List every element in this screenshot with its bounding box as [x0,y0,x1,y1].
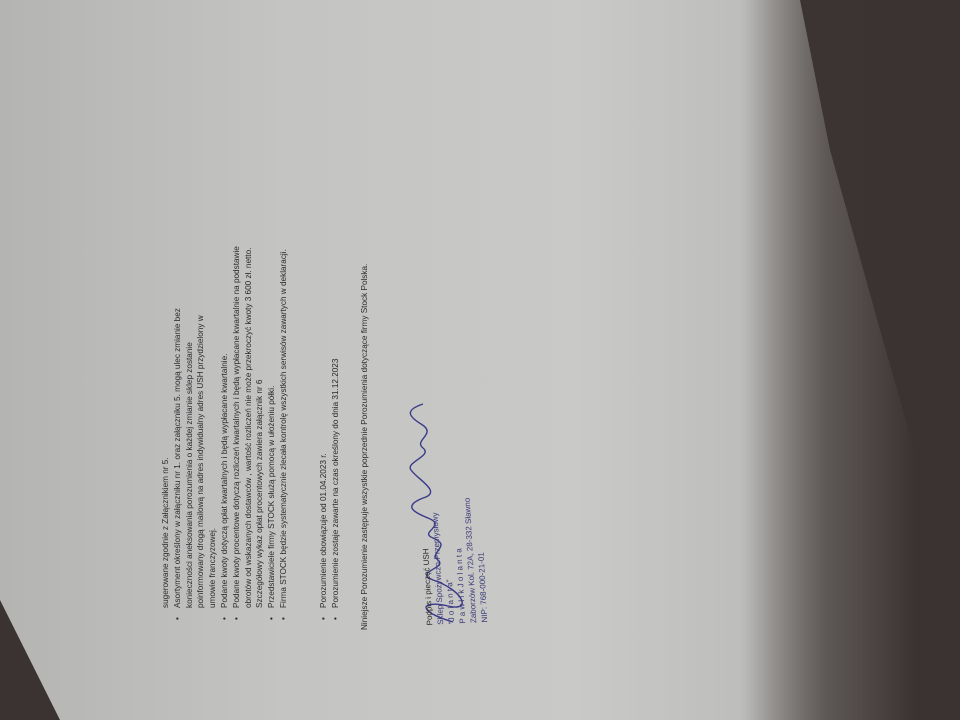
list-item: •Przedstawiciele firmy STOCK służą pomoc… [266,30,278,608]
list-item: •Firma STOCK będzie systematycznie zleca… [278,30,290,608]
list-item: •Asortyment określony w załączniku nr 1.… [172,30,219,608]
list-item: •Porozumienie zostaje zawarte na czas ok… [330,30,342,608]
list-item-text: Porozumienie zostaje zawarte na czas okr… [330,30,342,608]
bullet-icon: • [219,617,231,620]
bullet-icon: • [172,617,184,620]
bullet-icon: • [318,617,330,620]
list-item-text: Szczegółowy wykaz opłat procentowych zaw… [254,30,266,608]
bullet-list-dates: •Porozumienie obowiązuje od 01.04.2023 r… [318,30,342,630]
bullet-list-terms: •Asortyment określony w załączniku nr 1.… [172,30,290,630]
intro-line: sugerowane zgodnie z Załącznikiem nr 5. [160,30,172,630]
bullet-icon: • [231,617,243,620]
list-item: •Porozumienie obowiązuje od 01.04.2023 r… [318,30,330,608]
final-statement: Niniejsze Porozumienie zastępuje wszystk… [359,30,371,630]
list-item-text: poinformowany drogą mailową na adres ind… [195,30,207,608]
bullet-icon: • [278,617,290,620]
list-item-text: Przedstawiciele firmy STOCK służą pomocą… [266,30,278,608]
document-page: sugerowane zgodnie z Załącznikiem nr 5. … [160,30,500,630]
bullet-icon: • [266,617,278,620]
list-item-text: umowie franczyzowej. [207,30,219,608]
list-item-text: obrotów od wskazanych dostawców , wartoś… [243,30,255,608]
list-item-text: konieczności aneksowania porozumienia o … [184,30,196,608]
signature-block: Podpis i pieczęć USH Sklep Spożywczo-Prz… [393,370,493,630]
list-item-text: Podane kwoty dotyczą opłat kwartalnych i… [219,30,231,608]
list-item-text: Asortyment określony w załączniku nr 1. … [172,30,184,608]
bullet-icon: • [330,617,342,620]
list-item-text: Porozumienie obowiązuje od 01.04.2023 r. [318,30,330,608]
company-stamp: Podpis i pieczęć USH Sklep Spożywczo-Prz… [418,497,490,626]
list-item-text: Podane kwoty procentowe dotyczą rozlicze… [231,30,243,608]
list-item: •Podane kwoty dotyczą opłat kwartalnych … [219,30,231,608]
list-item: •Podane kwoty procentowe dotyczą rozlicz… [231,30,266,608]
list-item-text: Firma STOCK będzie systematycznie zlecał… [278,30,290,608]
